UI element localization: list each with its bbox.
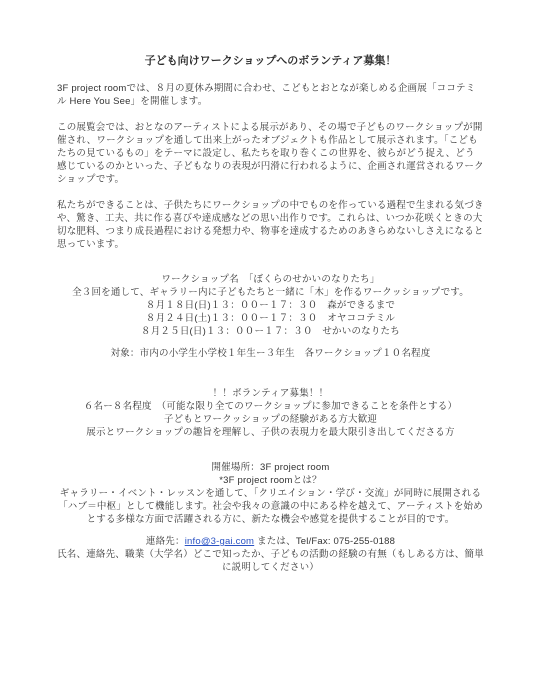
- workshop-desc-line: 全３回を通して、ギャラリー内に子どもたちと一緒に「木」を作るワークッショップです…: [57, 286, 484, 299]
- workshop-target-line: 対象：市内の小学生小学校１年生ー３年生 各ワークショップ１０名程度: [57, 347, 484, 360]
- volunteer-condition-2: 子どもとワークッショップの経験がある方大歓迎: [57, 413, 484, 426]
- contact-label: 連絡先：: [146, 536, 185, 547]
- spacer: [57, 360, 484, 387]
- volunteer-condition-3: 展示とワークショップの趣旨を理解し、子供の表現力を最大限引き出してくださる方: [57, 426, 484, 439]
- contact-note: 氏名、連絡先、職業（大学名）どこで知ったか、子どもの活動の経験の有無（もしある方…: [57, 548, 484, 574]
- venue-block: 開催場所：3F project room *3F project roomとは？…: [57, 461, 484, 526]
- purpose-paragraph: 私たちができることは、子供たちにワークショップの中でものを作っている過程で生まれ…: [57, 199, 484, 251]
- workshop-session-2: ８月２４日(土)１３：００ー１７：３０ オヤココテミル: [57, 312, 484, 325]
- spacer: [57, 526, 484, 535]
- volunteer-condition-1: ６名ー８名程度 （可能な限り全てのワークショップに参加できることを条件とする）: [57, 400, 484, 413]
- contact-line: 連絡先：info@3-gai.com または、Tel/Fax: 075-255-…: [57, 535, 484, 548]
- volunteer-heading: ！！ボランティア募集！！: [57, 387, 484, 400]
- exhibition-paragraph: この展覧会では、おとなのアーティストによる展示があり、その場で子どものワークショ…: [57, 121, 484, 186]
- workshop-info-block: ワークショップ名 「ぼくらのせかいのなりたち」 全３回を通して、ギャラリー内に子…: [57, 273, 484, 338]
- intro-paragraph: 3F project roomでは、８月の夏休み期間に合わせ、こどもとおとなが楽…: [57, 82, 484, 108]
- workshop-session-1: ８月１８日(日)１３：００ー１７：３０ 森ができるまで: [57, 299, 484, 312]
- spacer: [57, 439, 484, 461]
- spacer: [57, 338, 484, 347]
- volunteer-block: ！！ボランティア募集！！ ６名ー８名程度 （可能な限り全てのワークショップに参加…: [57, 387, 484, 439]
- contact-block: 連絡先：info@3-gai.com または、Tel/Fax: 075-255-…: [57, 535, 484, 574]
- workshop-session-3: ８月２５日(日)１３：００ー１７：３０ せかいのなりたち: [57, 325, 484, 338]
- contact-tel-fax: または、Tel/Fax: 075-255-0188: [254, 536, 395, 547]
- page-title: 子ども向けワークショップへのボランティア募集！: [57, 54, 484, 68]
- venue-line: 開催場所：3F project room: [57, 461, 484, 474]
- venue-about-heading: *3F project roomとは？: [57, 474, 484, 487]
- spacer: [57, 264, 484, 273]
- contact-email-link[interactable]: info@3-gai.com: [185, 536, 254, 547]
- document-page: 子ども向けワークショップへのボランティア募集！ 3F project roomで…: [0, 0, 541, 700]
- venue-about-text: ギャラリー・イベント・レッスンを通して、「クリエイション・学び・交流」が同時に展…: [57, 487, 484, 526]
- workshop-name-line: ワークショップ名 「ぼくらのせかいのなりたち」: [57, 273, 484, 286]
